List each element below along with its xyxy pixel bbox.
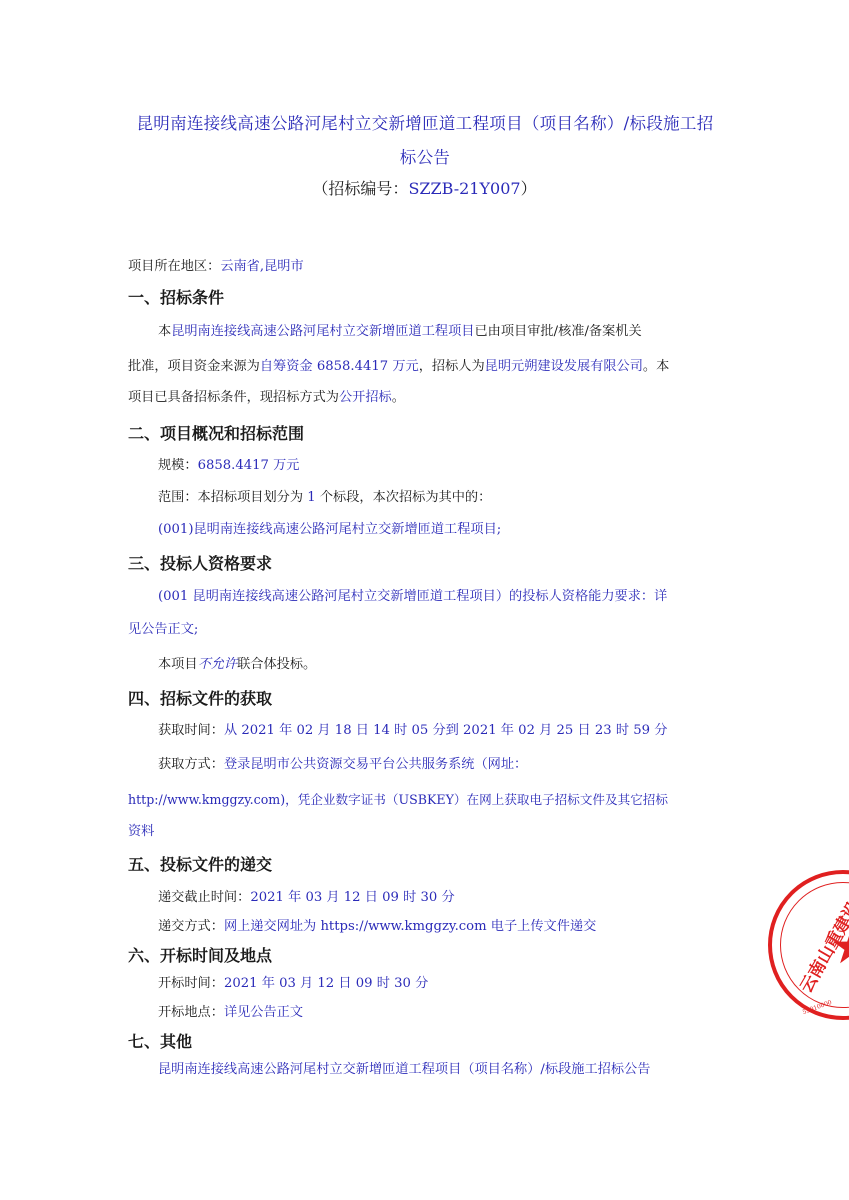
label: 获取方式： — [158, 757, 224, 772]
text: 本项目 — [158, 657, 198, 672]
open-place-value: 详见公告正文 — [224, 1005, 303, 1020]
open-place-line: 开标地点：详见公告正文 — [158, 1003, 303, 1023]
text: 联合体投标。 — [237, 657, 316, 672]
document-title: 昆明南连接线高速公路河尾村立交新增匝道工程项目（项目名称）/标段施工招 标公告 — [120, 107, 730, 175]
submit-method-line: 递交方式：网上递交网址为 https://www.kmggzy.com 电子上传… — [158, 917, 596, 937]
title-line-1: 昆明南连接线高速公路河尾村立交新增匝道工程项目（项目名称）/标段施工招 — [136, 114, 713, 133]
text: 。 — [392, 390, 405, 405]
bid-number-suffix: ） — [521, 179, 537, 198]
region-value: 云南省,昆明市 — [220, 259, 303, 274]
scale-label: 规模： — [158, 458, 198, 473]
label: 获取时间： — [158, 723, 224, 738]
obtain-time-line: 获取时间：从 2021 年 02 月 18 日 14 时 05 分到 2021 … — [158, 721, 667, 741]
consortium-value: 不允许 — [198, 657, 238, 672]
label: 开标地点： — [158, 1005, 224, 1020]
section-heading-1: 一、招标条件 — [128, 287, 224, 309]
section-heading-4: 四、招标文件的获取 — [128, 688, 272, 710]
lot-line: (001)昆明南连接线高速公路河尾村立交新增匝道工程项目; — [158, 520, 501, 540]
open-time-line: 开标时间：2021 年 03 月 12 日 09 时 30 分 — [158, 974, 428, 994]
deadline-line: 递交截止时间：2021 年 03 月 12 日 09 时 30 分 — [158, 888, 455, 908]
consortium-line: 本项目不允许联合体投标。 — [158, 655, 316, 675]
section-1-para-line-3: 项目已具备招标条件，现招标方式为公开招标。 — [128, 388, 405, 408]
open-time-value: 2021 年 03 月 12 日 09 时 30 分 — [224, 976, 428, 991]
submit-method-value: 网上递交网址为 https://www.kmggzy.com 电子上传文件递交 — [224, 919, 596, 934]
section-1-para-line-2: 批准，项目资金来源为自筹资金 6858.4417 万元，招标人为昆明元朔建设发展… — [128, 357, 669, 377]
obtain-method-line-1: 获取方式：登录昆明市公共资源交易平台公共服务系统（网址： — [158, 755, 527, 775]
label: 递交方式： — [158, 919, 224, 934]
region-line: 项目所在地区：云南省,昆明市 — [128, 257, 304, 277]
title-line-2: 标公告 — [120, 141, 730, 175]
fund-source: 自筹资金 6858.4417 万元 — [260, 359, 419, 374]
tender-method: 公开招标 — [339, 390, 392, 405]
obtain-method-line-2: http://www.kmggzy.com)，凭企业数字证书（USBKEY）在网… — [128, 790, 668, 810]
section-heading-7: 七、其他 — [128, 1031, 192, 1053]
label: 开标时间： — [158, 976, 224, 991]
bid-number: （招标编号：SZZB-21Y007） — [0, 176, 849, 199]
scale-line: 规模：6858.4417 万元 — [158, 456, 299, 476]
obtain-time-value: 从 2021 年 02 月 18 日 14 时 05 分到 2021 年 02 … — [224, 723, 667, 738]
obtain-method-line-3: 资料 — [128, 822, 154, 842]
deadline-value: 2021 年 03 月 12 日 09 时 30 分 — [250, 890, 454, 905]
section-heading-3: 三、投标人资格要求 — [128, 553, 272, 575]
lot-count: 1 — [307, 490, 315, 505]
text: 已由项目审批/核准/备案机关 — [475, 324, 642, 339]
bid-number-prefix: （招标编号： — [312, 179, 408, 198]
obtain-method-value: 登录昆明市公共资源交易平台公共服务系统（网址： — [224, 757, 527, 772]
text: 个标段，本次招标为其中的： — [320, 490, 491, 505]
section-heading-6: 六、开标时间及地点 — [128, 945, 272, 967]
label: 递交截止时间： — [158, 890, 250, 905]
bid-number-code: SZZB-21Y007 — [408, 179, 520, 198]
other-line: 昆明南连接线高速公路河尾村立交新增匝道工程项目（项目名称）/标段施工招标公告 — [158, 1060, 650, 1080]
scale-value: 6858.4417 万元 — [198, 458, 300, 473]
text: 批准，项目资金来源为 — [128, 359, 260, 374]
text: 项目已具备招标条件，现招标方式为 — [128, 390, 339, 405]
scope-line: 范围：本招标项目划分为 1 个标段，本次招标为其中的： — [158, 488, 491, 508]
section-1-para-line-1: 本昆明南连接线高速公路河尾村立交新增匝道工程项目已由项目审批/核准/备案机关 — [158, 322, 642, 342]
text: ，招标人为 — [419, 359, 485, 374]
requirement-line-2: 见公告正文; — [128, 620, 198, 640]
official-seal-stamp: ★ 云南山重建设工程 53010000 — [768, 870, 849, 1020]
text: 范围：本招标项目划分为 — [158, 490, 303, 505]
requirement-line-1: (001 昆明南连接线高速公路河尾村立交新增匝道工程项目）的投标人资格能力要求：… — [158, 587, 667, 607]
tenderer: 昆明元朔建设发展有限公司 — [485, 359, 643, 374]
text: 本 — [158, 324, 171, 339]
section-heading-2: 二、项目概况和招标范围 — [128, 423, 304, 445]
project-name: 昆明南连接线高速公路河尾村立交新增匝道工程项目 — [171, 324, 474, 339]
section-heading-5: 五、投标文件的递交 — [128, 854, 272, 876]
region-label: 项目所在地区： — [128, 259, 220, 274]
text: 。本 — [643, 359, 669, 374]
